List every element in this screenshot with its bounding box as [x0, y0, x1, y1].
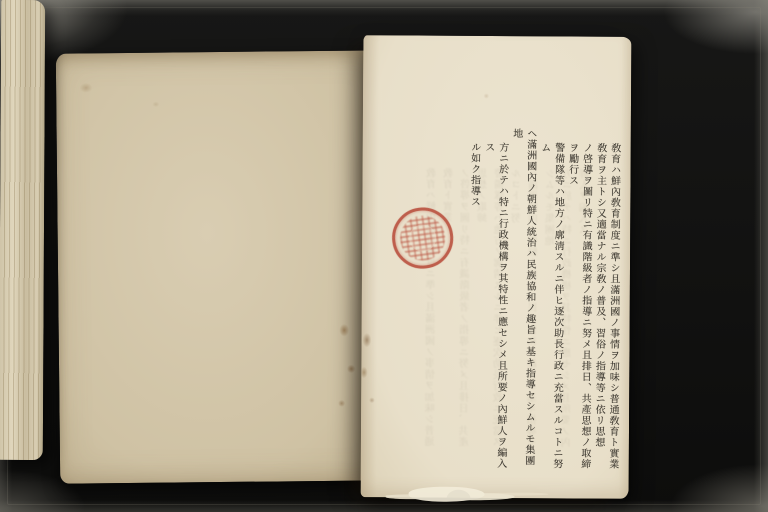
text-column-1: 敎育ハ鮮內敎育制度ニ準シ且滿洲國ノ事情ヲ加味シ普通敎育ト實業 — [605, 129, 621, 475]
text-column-9: ル如ク指導ス — [465, 128, 481, 474]
text-column-5: 警備隊等ハ地方ノ廓淸スルニ伴ヒ逐次助長行政ニ充當スルコトニ努 — [549, 128, 565, 474]
red-seal-stamp — [388, 204, 457, 273]
text-column-3: ノ啓導ヲ圖リ特ニ有識階級者ノ指導ニ努メ且排日、共產思想ノ取締 — [577, 129, 593, 475]
vertical-text-block: 敎育ハ鮮內敎育制度ニ準シ且滿洲國ノ事情ヲ加味シ普通敎育ト實業 敎育ヲ主トシ又適當… — [473, 128, 621, 475]
torn-edge-notch — [447, 490, 471, 499]
photo-of-open-document-in-dark-case: 敎育ハ鮮內敎育制度ニ準シ且滿洲國ノ事情ヲ加味シ普通敎育ト實業 ノ啓導ヲ圖リ特ニ有… — [0, 0, 768, 512]
left-blank-page — [56, 50, 392, 483]
text-column-7: ヘ滿洲國內ノ朝鮮人統治ハ民族協和ノ趣旨ニ基キ指導セシムルモ集團地 — [507, 128, 537, 474]
text-column-2: 敎育ヲ主トシ又適當ナル宗敎ノ普及、習俗ノ指導等ニ依リ思想 — [591, 129, 607, 475]
text-column-8: 方ニ於テハ特ニ行政機構ヲ其特性ニ應セシメ且所要ノ內鮮人ヲ編入ス — [479, 128, 509, 474]
stacked-page-edges — [0, 0, 45, 460]
right-text-page: 敎育ハ鮮內敎育制度ニ準シ且滿洲國ノ事情ヲ加味シ普通敎育ト實業 ノ啓導ヲ圖リ特ニ有… — [361, 35, 632, 499]
